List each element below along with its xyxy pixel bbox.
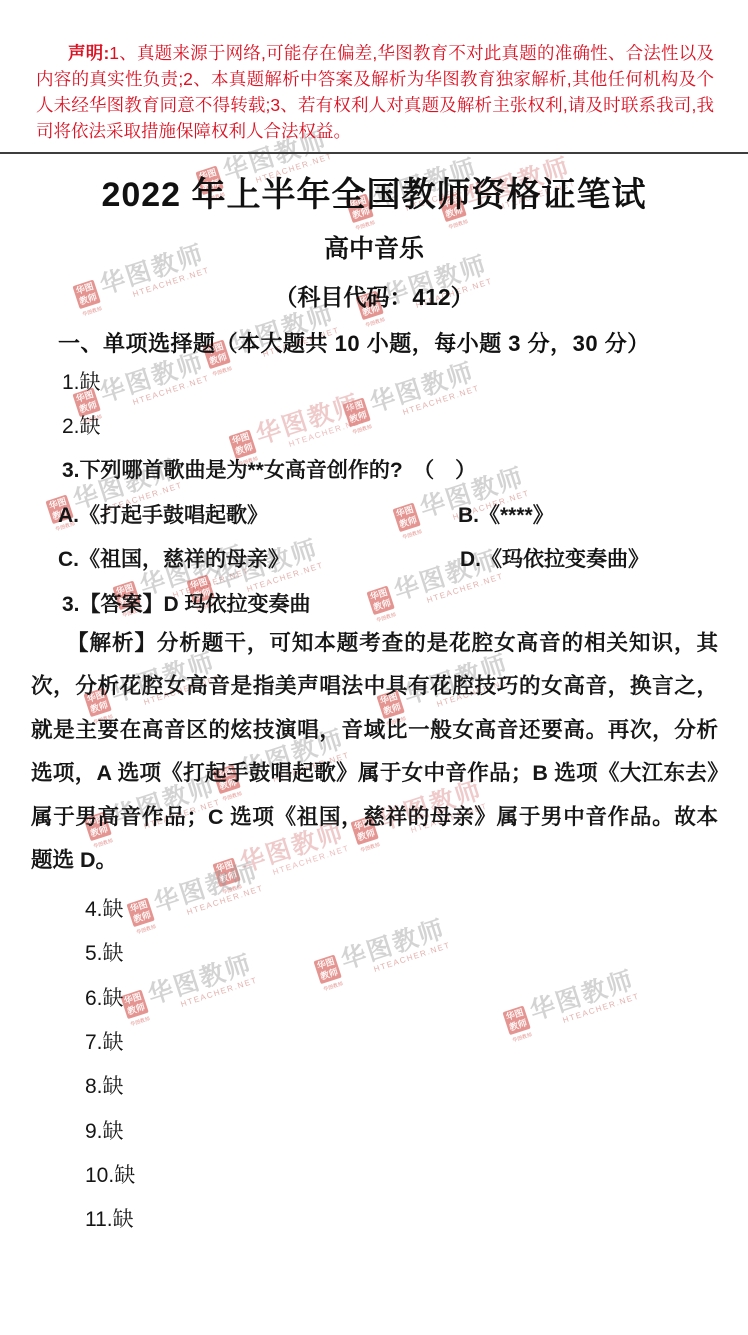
watermark-logo-caption: 华图教师 <box>401 527 423 541</box>
watermark-brand-text: 华图教师 <box>527 968 638 1025</box>
watermark-site-text: HTEACHER.NET <box>186 883 265 916</box>
divider-line <box>0 152 748 154</box>
watermark-brand-text: 华图教师 <box>97 350 208 407</box>
huatu-logo-icon: 华图教师 <box>366 586 394 616</box>
huatu-logo-icon: 华图教师 <box>392 503 420 533</box>
question-item-missing: 11.缺 <box>85 1196 135 1240</box>
watermark-site-text: HTEACHER.NET <box>426 571 505 604</box>
watermark-logo-caption: 华图教师 <box>351 422 373 436</box>
watermark-logo-caption: 华图教师 <box>211 364 233 378</box>
question-item-missing: 9.缺 <box>85 1107 135 1151</box>
huatu-logo-icon: 华图教师 <box>502 1006 530 1036</box>
watermark-brand-text: 华图教师 <box>145 952 256 1009</box>
huatu-watermark: 华图教师华图教师华图教师HTEACHER.NET <box>312 917 453 994</box>
watermark-brand-text: 华图教师 <box>338 917 449 974</box>
question-2-missing: 2.缺 <box>62 410 101 440</box>
question-item-missing: 6.缺 <box>85 975 135 1019</box>
question-item-missing: 7.缺 <box>85 1019 135 1063</box>
question-3-option-a: A.《打起手鼓唱起歌》 <box>58 499 268 529</box>
disclaimer-text: 1、真题来源于网络,可能存在偏差,华图教育不对此真题的准确性、合法性以及内容的真… <box>36 43 714 141</box>
watermark-site-text: HTEACHER.NET <box>402 383 481 416</box>
disclaimer-paragraph: 声明:1、真题来源于网络,可能存在偏差,华图教育不对此真题的准确性、合法性以及内… <box>36 40 714 144</box>
huatu-seal-icon: 华图教师华图教师 <box>341 397 374 437</box>
watermark-logo-caption: 华图教师 <box>221 882 243 896</box>
watermark-site-text: HTEACHER.NET <box>288 415 367 448</box>
huatu-logo-icon: 华图教师 <box>342 398 370 428</box>
watermark-brand-text: 华图教师 <box>253 392 364 449</box>
huatu-logo-icon: 华图教师 <box>313 955 341 985</box>
missing-questions-list: 4.缺5.缺6.缺7.缺8.缺9.缺10.缺11.缺 <box>85 886 135 1240</box>
question-1-missing: 1.缺 <box>62 366 101 396</box>
page-title: 2022 年上半年全国教师资格证笔试 <box>0 167 748 216</box>
huatu-seal-icon: 华图教师华图教师 <box>391 502 424 542</box>
exam-document-page: 华图教师华图教师华图教师HTEACHER.NET华图教师华图教师华图教师HTEA… <box>0 0 748 1335</box>
question-3-option-c: C.《祖国，慈祥的母亲》 <box>58 543 289 573</box>
question-3-answer-line: 3.【答案】D 玛依拉变奏曲 <box>62 588 311 618</box>
watermark-brand-text: 华图教师 <box>367 360 478 417</box>
question-3-option-d: D.《玛依拉变奏曲》 <box>460 543 649 573</box>
watermark-site-text: HTEACHER.NET <box>373 940 452 973</box>
huatu-seal-icon: 华图教师华图教师 <box>365 585 398 625</box>
watermark-site-text: HTEACHER.NET <box>132 373 211 406</box>
subject-code: （科目代码：412） <box>0 279 748 312</box>
question-3-analysis: 【解析】分析题干，可知本题考查的是花腔女高音的相关知识，其次，分析花腔女高音是指… <box>31 622 718 882</box>
watermark-logo-caption: 华图教师 <box>511 1030 533 1044</box>
question-3-option-b: B.《****》 <box>458 499 554 529</box>
watermark-logo-caption: 华图教师 <box>322 979 344 993</box>
subject-title: 高中音乐 <box>0 229 748 265</box>
watermark-site-text: HTEACHER.NET <box>180 975 259 1008</box>
huatu-seal-icon: 华图教师华图教师 <box>501 1005 534 1045</box>
question-item-missing: 5.缺 <box>85 930 135 974</box>
section-heading: 一、单项选择题（本大题共 10 小题，每小题 3 分，30 分） <box>58 327 650 358</box>
watermark-site-text: HTEACHER.NET <box>562 991 641 1024</box>
question-3-stem: 3.下列哪首歌曲是为**女高音创作的? （ ） <box>62 454 476 484</box>
question-item-missing: 10.缺 <box>85 1152 135 1196</box>
disclaimer-label: 声明: <box>68 43 109 63</box>
huatu-watermark: 华图教师华图教师华图教师HTEACHER.NET <box>341 360 482 437</box>
question-item-missing: 4.缺 <box>85 886 135 930</box>
watermark-logo-caption: 华图教师 <box>135 922 157 936</box>
huatu-watermark: 华图教师华图教师华图教师HTEACHER.NET <box>119 952 260 1029</box>
huatu-watermark: 华图教师华图教师华图教师HTEACHER.NET <box>501 968 642 1045</box>
question-item-missing: 8.缺 <box>85 1063 135 1107</box>
huatu-seal-icon: 华图教师华图教师 <box>312 954 345 994</box>
